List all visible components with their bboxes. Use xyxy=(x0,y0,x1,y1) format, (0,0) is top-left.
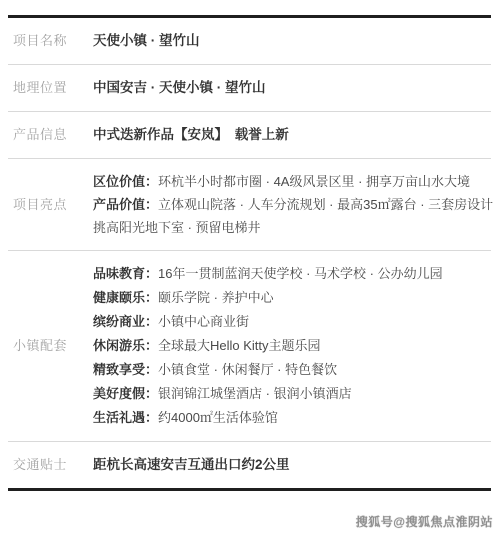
content-rest: 约4000㎡生活体验馆 xyxy=(158,410,278,425)
content-line: 健康颐乐：颐乐学院 · 养护中心 xyxy=(93,286,491,310)
row-label: 项目名称 xyxy=(8,31,93,51)
content-line: 美好度假：银润锦江城堡酒店 · 银润小镇酒店 xyxy=(93,382,491,406)
content-rest: 立体观山院落 · 人车分流规划 · 最高35㎡露台 · 三套房设计 xyxy=(158,197,493,212)
row-content: 区位价值：环杭半小时都市圈 · 4A级风景区里 · 拥享万亩山水大境 产品价值：… xyxy=(93,170,493,239)
content-line: 生活礼遇：约4000㎡生活体验馆 xyxy=(93,406,491,430)
content-bold: 天使小镇 · 望竹山 xyxy=(93,33,200,48)
row-content: 中式迭新作品【安岚】 载誉上新 xyxy=(93,125,491,145)
content-bold: 区位价值： xyxy=(93,174,158,189)
content-rest: 环杭半小时都市圈 · 4A级风景区里 · 拥享万亩山水大境 xyxy=(158,174,470,189)
content-line: 中国安吉 · 天使小镇 · 望竹山 xyxy=(93,78,491,98)
content-bold: 中国安吉 · 天使小镇 · 望竹山 xyxy=(93,80,266,95)
content-bold: 距杭长高速安吉互通出口约2公里 xyxy=(93,457,290,472)
row-label: 小镇配套 xyxy=(8,336,93,356)
content-line: 休闲游乐：全球最大Hello Kitty主题乐园 xyxy=(93,334,491,358)
content-bold: 缤纷商业： xyxy=(93,314,158,329)
content-rest: 挑高阳光地下室 · 预留电梯井 xyxy=(93,220,261,235)
content-line: 产品价值：立体观山院落 · 人车分流规划 · 最高35㎡露台 · 三套房设计 xyxy=(93,193,493,216)
content-line: 距杭长高速安吉互通出口约2公里 xyxy=(93,455,491,475)
row-traffic-tips: 交通贴士 距杭长高速安吉互通出口约2公里 xyxy=(8,442,491,488)
content-bold: 品味教育： xyxy=(93,266,158,281)
content-rest: 全球最大Hello Kitty主题乐园 xyxy=(158,338,321,353)
content-line: 中式迭新作品【安岚】 载誉上新 xyxy=(93,125,491,145)
row-label: 产品信息 xyxy=(8,125,93,145)
content-line: 精致享受：小镇食堂 · 休闲餐厅 · 特色餐饮 xyxy=(93,358,491,382)
content-bold: 生活礼遇： xyxy=(93,410,158,425)
content-bold: 健康颐乐： xyxy=(93,290,158,305)
content-bold: 产品价值： xyxy=(93,197,158,212)
content-rest: 小镇食堂 · 休闲餐厅 · 特色餐饮 xyxy=(158,362,337,377)
row-location: 地理位置 中国安吉 · 天使小镇 · 望竹山 xyxy=(8,65,491,112)
content-bold: 美好度假： xyxy=(93,386,158,401)
row-content: 天使小镇 · 望竹山 xyxy=(93,31,491,51)
content-line: 品味教育：16年一贯制蓝润天使学校 · 马术学校 · 公办幼儿园 xyxy=(93,262,491,286)
row-label: 项目亮点 xyxy=(8,195,93,215)
content-bold: 精致享受： xyxy=(93,362,158,377)
row-product-info: 产品信息 中式迭新作品【安岚】 载誉上新 xyxy=(8,112,491,159)
sohu-watermark: 搜狐号@搜狐焦点淮阴站 xyxy=(0,513,493,530)
content-rest: 16年一贯制蓝润天使学校 · 马术学校 · 公办幼儿园 xyxy=(158,266,443,281)
content-bold: 中式迭新作品【安岚】 载誉上新 xyxy=(93,127,289,142)
row-label: 交通贴士 xyxy=(8,455,93,475)
content-rest: 小镇中心商业街 xyxy=(158,314,249,329)
content-line: 挑高阳光地下室 · 预留电梯井 xyxy=(93,216,493,239)
content-bold: 休闲游乐： xyxy=(93,338,158,353)
row-project-highlights: 项目亮点 区位价值：环杭半小时都市圈 · 4A级风景区里 · 拥享万亩山水大境 … xyxy=(8,159,491,251)
content-rest: 颐乐学院 · 养护中心 xyxy=(158,290,274,305)
row-project-name: 项目名称 天使小镇 · 望竹山 xyxy=(8,18,491,65)
content-line: 缤纷商业：小镇中心商业街 xyxy=(93,310,491,334)
row-content: 距杭长高速安吉互通出口约2公里 xyxy=(93,455,491,475)
content-line: 区位价值：环杭半小时都市圈 · 4A级风景区里 · 拥享万亩山水大境 xyxy=(93,170,493,193)
project-info-table: 项目名称 天使小镇 · 望竹山 地理位置 中国安吉 · 天使小镇 · 望竹山 产… xyxy=(8,15,491,491)
content-rest: 银润锦江城堡酒店 · 银润小镇酒店 xyxy=(158,386,352,401)
content-line: 天使小镇 · 望竹山 xyxy=(93,31,491,51)
row-label: 地理位置 xyxy=(8,78,93,98)
row-town-amenities: 小镇配套 品味教育：16年一贯制蓝润天使学校 · 马术学校 · 公办幼儿园 健康… xyxy=(8,251,491,442)
row-content: 品味教育：16年一贯制蓝润天使学校 · 马术学校 · 公办幼儿园 健康颐乐：颐乐… xyxy=(93,262,491,430)
row-content: 中国安吉 · 天使小镇 · 望竹山 xyxy=(93,78,491,98)
